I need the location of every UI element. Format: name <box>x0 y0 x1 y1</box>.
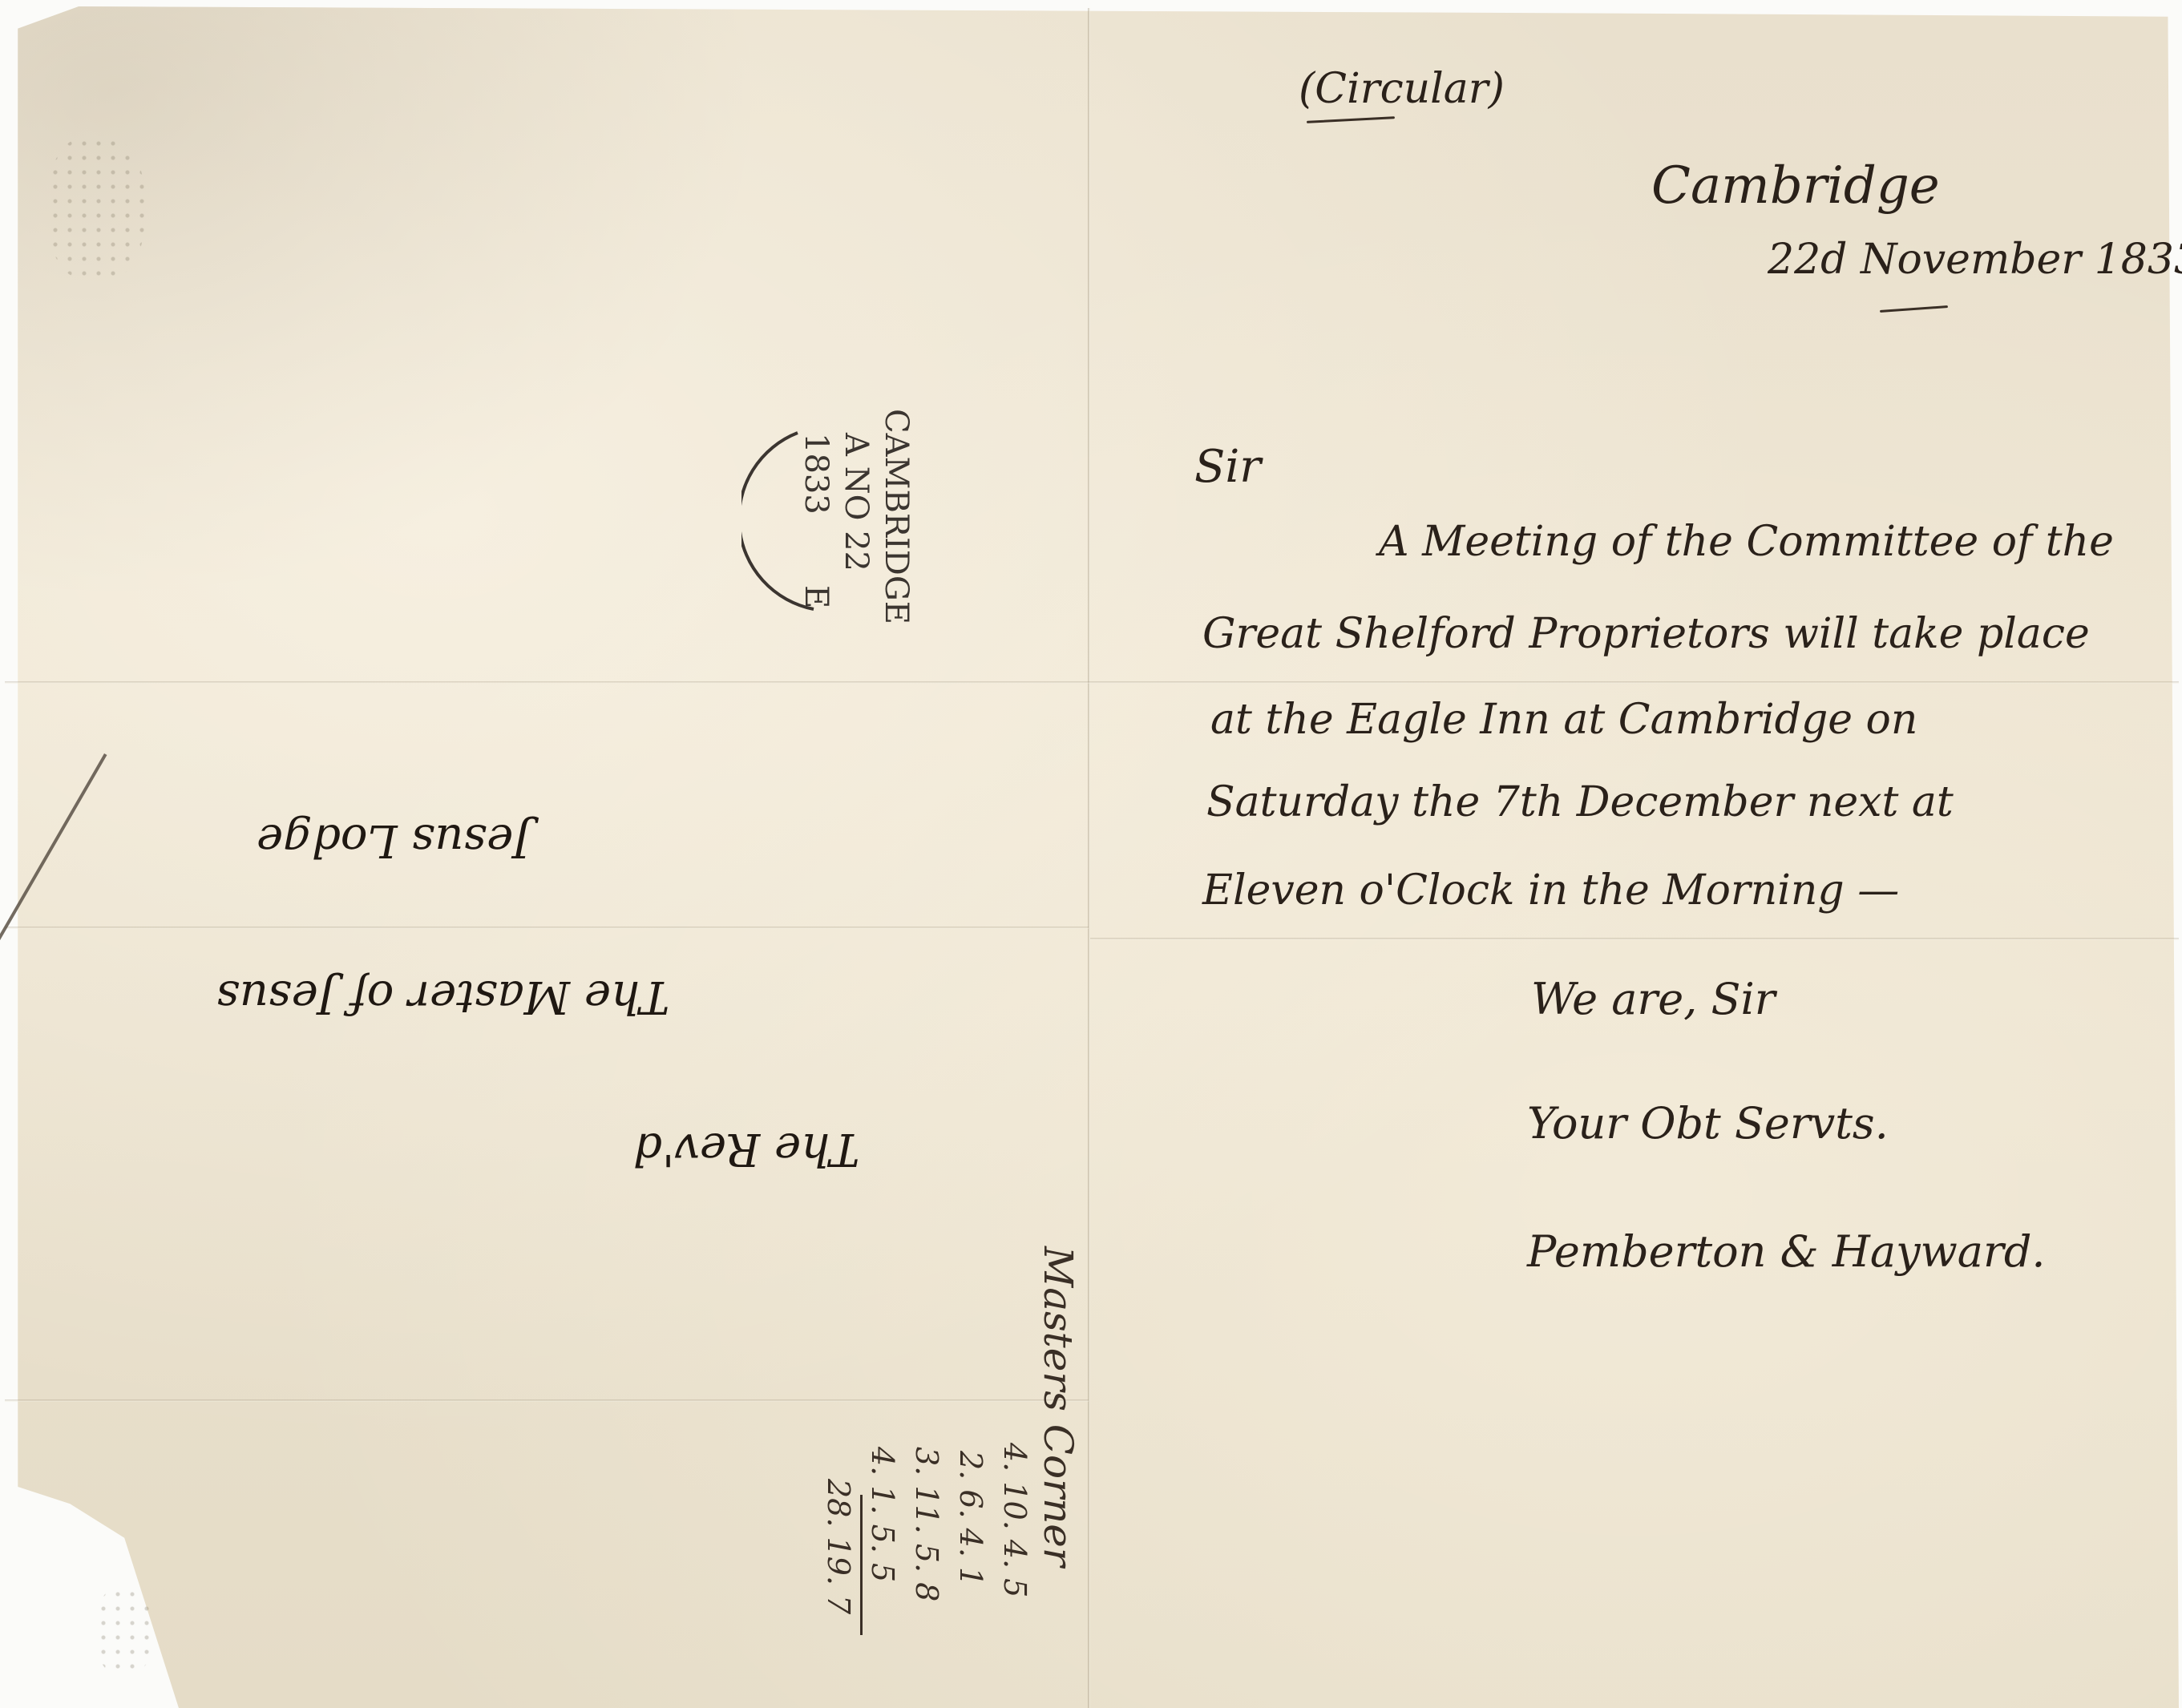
figure-line: 4. 1. 5. 5 <box>867 1447 898 1582</box>
body-line: A Meeting of the Committee of the <box>1379 521 2114 563</box>
postmark-code: E <box>798 585 834 608</box>
seal-embossing <box>48 136 144 281</box>
address-line: Jesus Lodge <box>257 818 531 862</box>
figure-line: 4. 10. 4. 5 <box>1000 1443 1030 1597</box>
signature: Pemberton & Hayward. <box>1527 1230 2046 1274</box>
letter-place: Cambridge <box>1651 160 1940 212</box>
figure-line: 2. 6. 4. 1 <box>956 1451 986 1586</box>
horizontal-fold <box>1090 938 2179 940</box>
side-note-accounts: Masters Corner 4. 10. 4. 5 2. 6. 4. 1 3.… <box>814 1238 1102 1703</box>
sum-rule <box>860 1495 863 1635</box>
body-line: Saturday the 7th December next at <box>1206 781 1954 823</box>
address-line: The Rev'd <box>633 1126 860 1171</box>
circular-heading: (Circular) <box>1299 68 1505 110</box>
seal-embossing <box>96 1587 152 1675</box>
postmark-icon: CAMBRIDGE A NO 22 1833 E <box>741 385 982 625</box>
side-note-title: Masters Corner <box>1038 1246 1078 1567</box>
figure-total: 28. 19. 7 <box>823 1479 854 1614</box>
closing-line: We are, Sir <box>1531 978 1776 1021</box>
body-line: Eleven o'Clock in the Morning — <box>1202 870 1899 911</box>
body-line: at the Eagle Inn at Cambridge on <box>1210 699 1917 741</box>
postmark-date: A NO 22 <box>838 432 875 571</box>
body-line: Great Shelford Proprietors will take pla… <box>1202 613 2090 655</box>
figure-line: 3. 11. 5. 8 <box>911 1447 942 1601</box>
salutation: Sir <box>1194 445 1261 490</box>
letter-date: 22d November 1833 <box>1768 239 2182 281</box>
horizontal-fold <box>5 927 1089 929</box>
horizontal-fold <box>5 681 2179 684</box>
address-line: The Master of Jesus <box>216 974 669 1019</box>
postmark-year: 1833 <box>798 433 834 515</box>
postmark-town: CAMBRIDGE <box>878 409 915 624</box>
cambridge-postmark: CAMBRIDGE A NO 22 1833 E <box>741 385 982 625</box>
closing-line: Your Obt Servts. <box>1527 1102 1889 1145</box>
